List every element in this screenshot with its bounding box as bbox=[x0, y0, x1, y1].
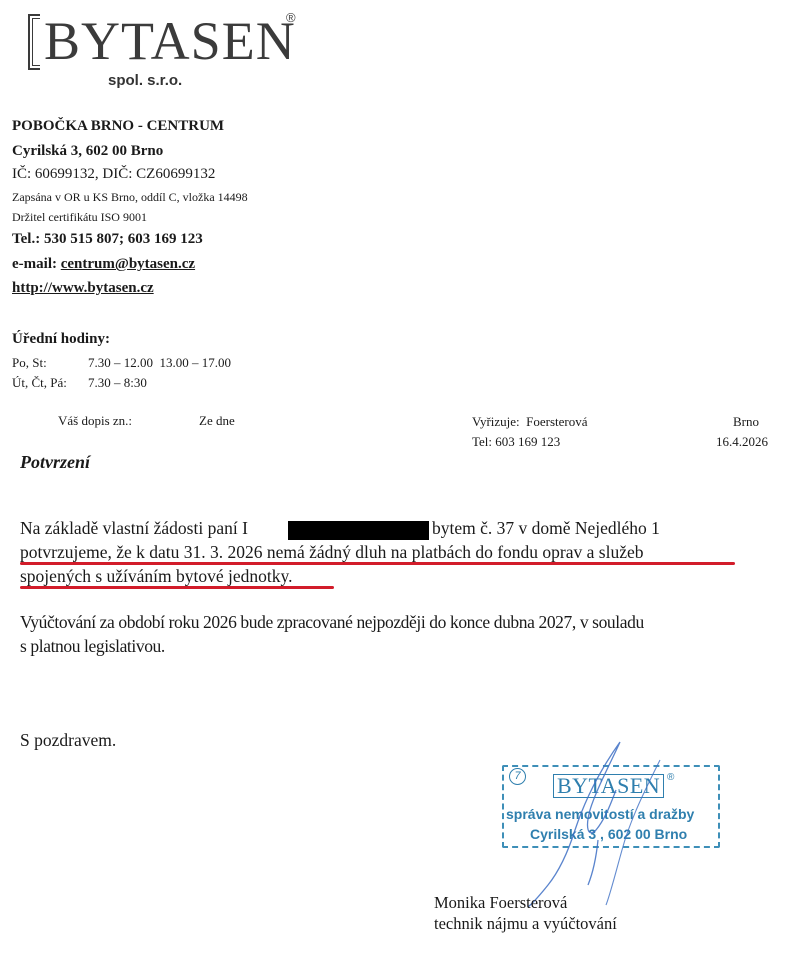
confirmation-text: potvrzujeme, že k datu 31. 3. 2026 nemá … bbox=[20, 540, 644, 564]
date-from-label: Ze dne bbox=[199, 413, 235, 429]
stamp-logo: BYTASEN bbox=[553, 774, 664, 798]
confirmation-text: spojených s užíváním bytové jednotky. bbox=[20, 564, 293, 588]
email-label: e-mail: bbox=[12, 256, 61, 272]
iso-certificate: Držitel certifikátu ISO 9001 bbox=[12, 210, 147, 225]
your-letter-label: Váš dopis zn.: bbox=[58, 413, 132, 429]
branch-address: Cyrilská 3, 602 00 Brno bbox=[12, 143, 163, 160]
signatory-role: technik nájmu a vyúčtování bbox=[434, 914, 617, 934]
body-text: bytem č. 37 v domě Nejedlého 1 bbox=[432, 516, 660, 540]
company-logo: BYTASEN bbox=[40, 11, 300, 71]
office-hours-title: Úřední hodiny: bbox=[12, 331, 110, 348]
billing-text: s platnou legislativou. bbox=[20, 636, 165, 657]
hours-days: Po, St: bbox=[12, 355, 47, 371]
website-link[interactable]: http://www.bytasen.cz bbox=[12, 280, 154, 297]
branch-name: POBOČKA BRNO - CENTRUM bbox=[12, 118, 224, 135]
stamp-registered-mark: ® bbox=[667, 772, 674, 783]
billing-text: Vyúčtování za období roku 2026 bude zpra… bbox=[20, 612, 644, 633]
email-link[interactable]: centrum@bytasen.cz bbox=[61, 256, 195, 272]
redaction-bar bbox=[288, 521, 429, 540]
stamp-number: 7 bbox=[509, 768, 526, 785]
body-text: Na základě vlastní žádosti paní I bbox=[20, 516, 248, 540]
red-underline bbox=[20, 586, 334, 589]
email-line: e-mail: centrum@bytasen.cz bbox=[12, 256, 195, 273]
stamp-line: správa nemovitostí a dražby bbox=[506, 806, 694, 822]
hours-times: 7.30 – 12.00 13.00 – 17.00 bbox=[88, 355, 231, 371]
closing-greeting: S pozdravem. bbox=[20, 730, 116, 751]
hours-days: Út, Čt, Pá: bbox=[12, 375, 67, 391]
signatory-name: Monika Foersterová bbox=[434, 893, 567, 913]
handled-by: Vyřizuje: Foersterová bbox=[472, 414, 588, 430]
handler-phone: Tel: 603 169 123 bbox=[472, 434, 560, 450]
registry-info: Zapsána v OR u KS Brno, oddíl C, vložka … bbox=[12, 190, 248, 205]
company-legal-form: spol. s.r.o. bbox=[108, 72, 182, 89]
letter-city: Brno bbox=[733, 414, 759, 430]
registered-mark: ® bbox=[286, 10, 296, 25]
hours-times: 7.30 – 8:30 bbox=[88, 375, 147, 391]
company-ids: IČ: 60699132, DIČ: CZ60699132 bbox=[12, 166, 215, 183]
letter-date: 16.4.2026 bbox=[716, 434, 768, 450]
letter-subject: Potvrzení bbox=[20, 452, 90, 473]
stamp-line: Cyrilská 3 , 602 00 Brno bbox=[530, 826, 687, 842]
phone-numbers: Tel.: 530 515 807; 603 169 123 bbox=[12, 231, 203, 248]
